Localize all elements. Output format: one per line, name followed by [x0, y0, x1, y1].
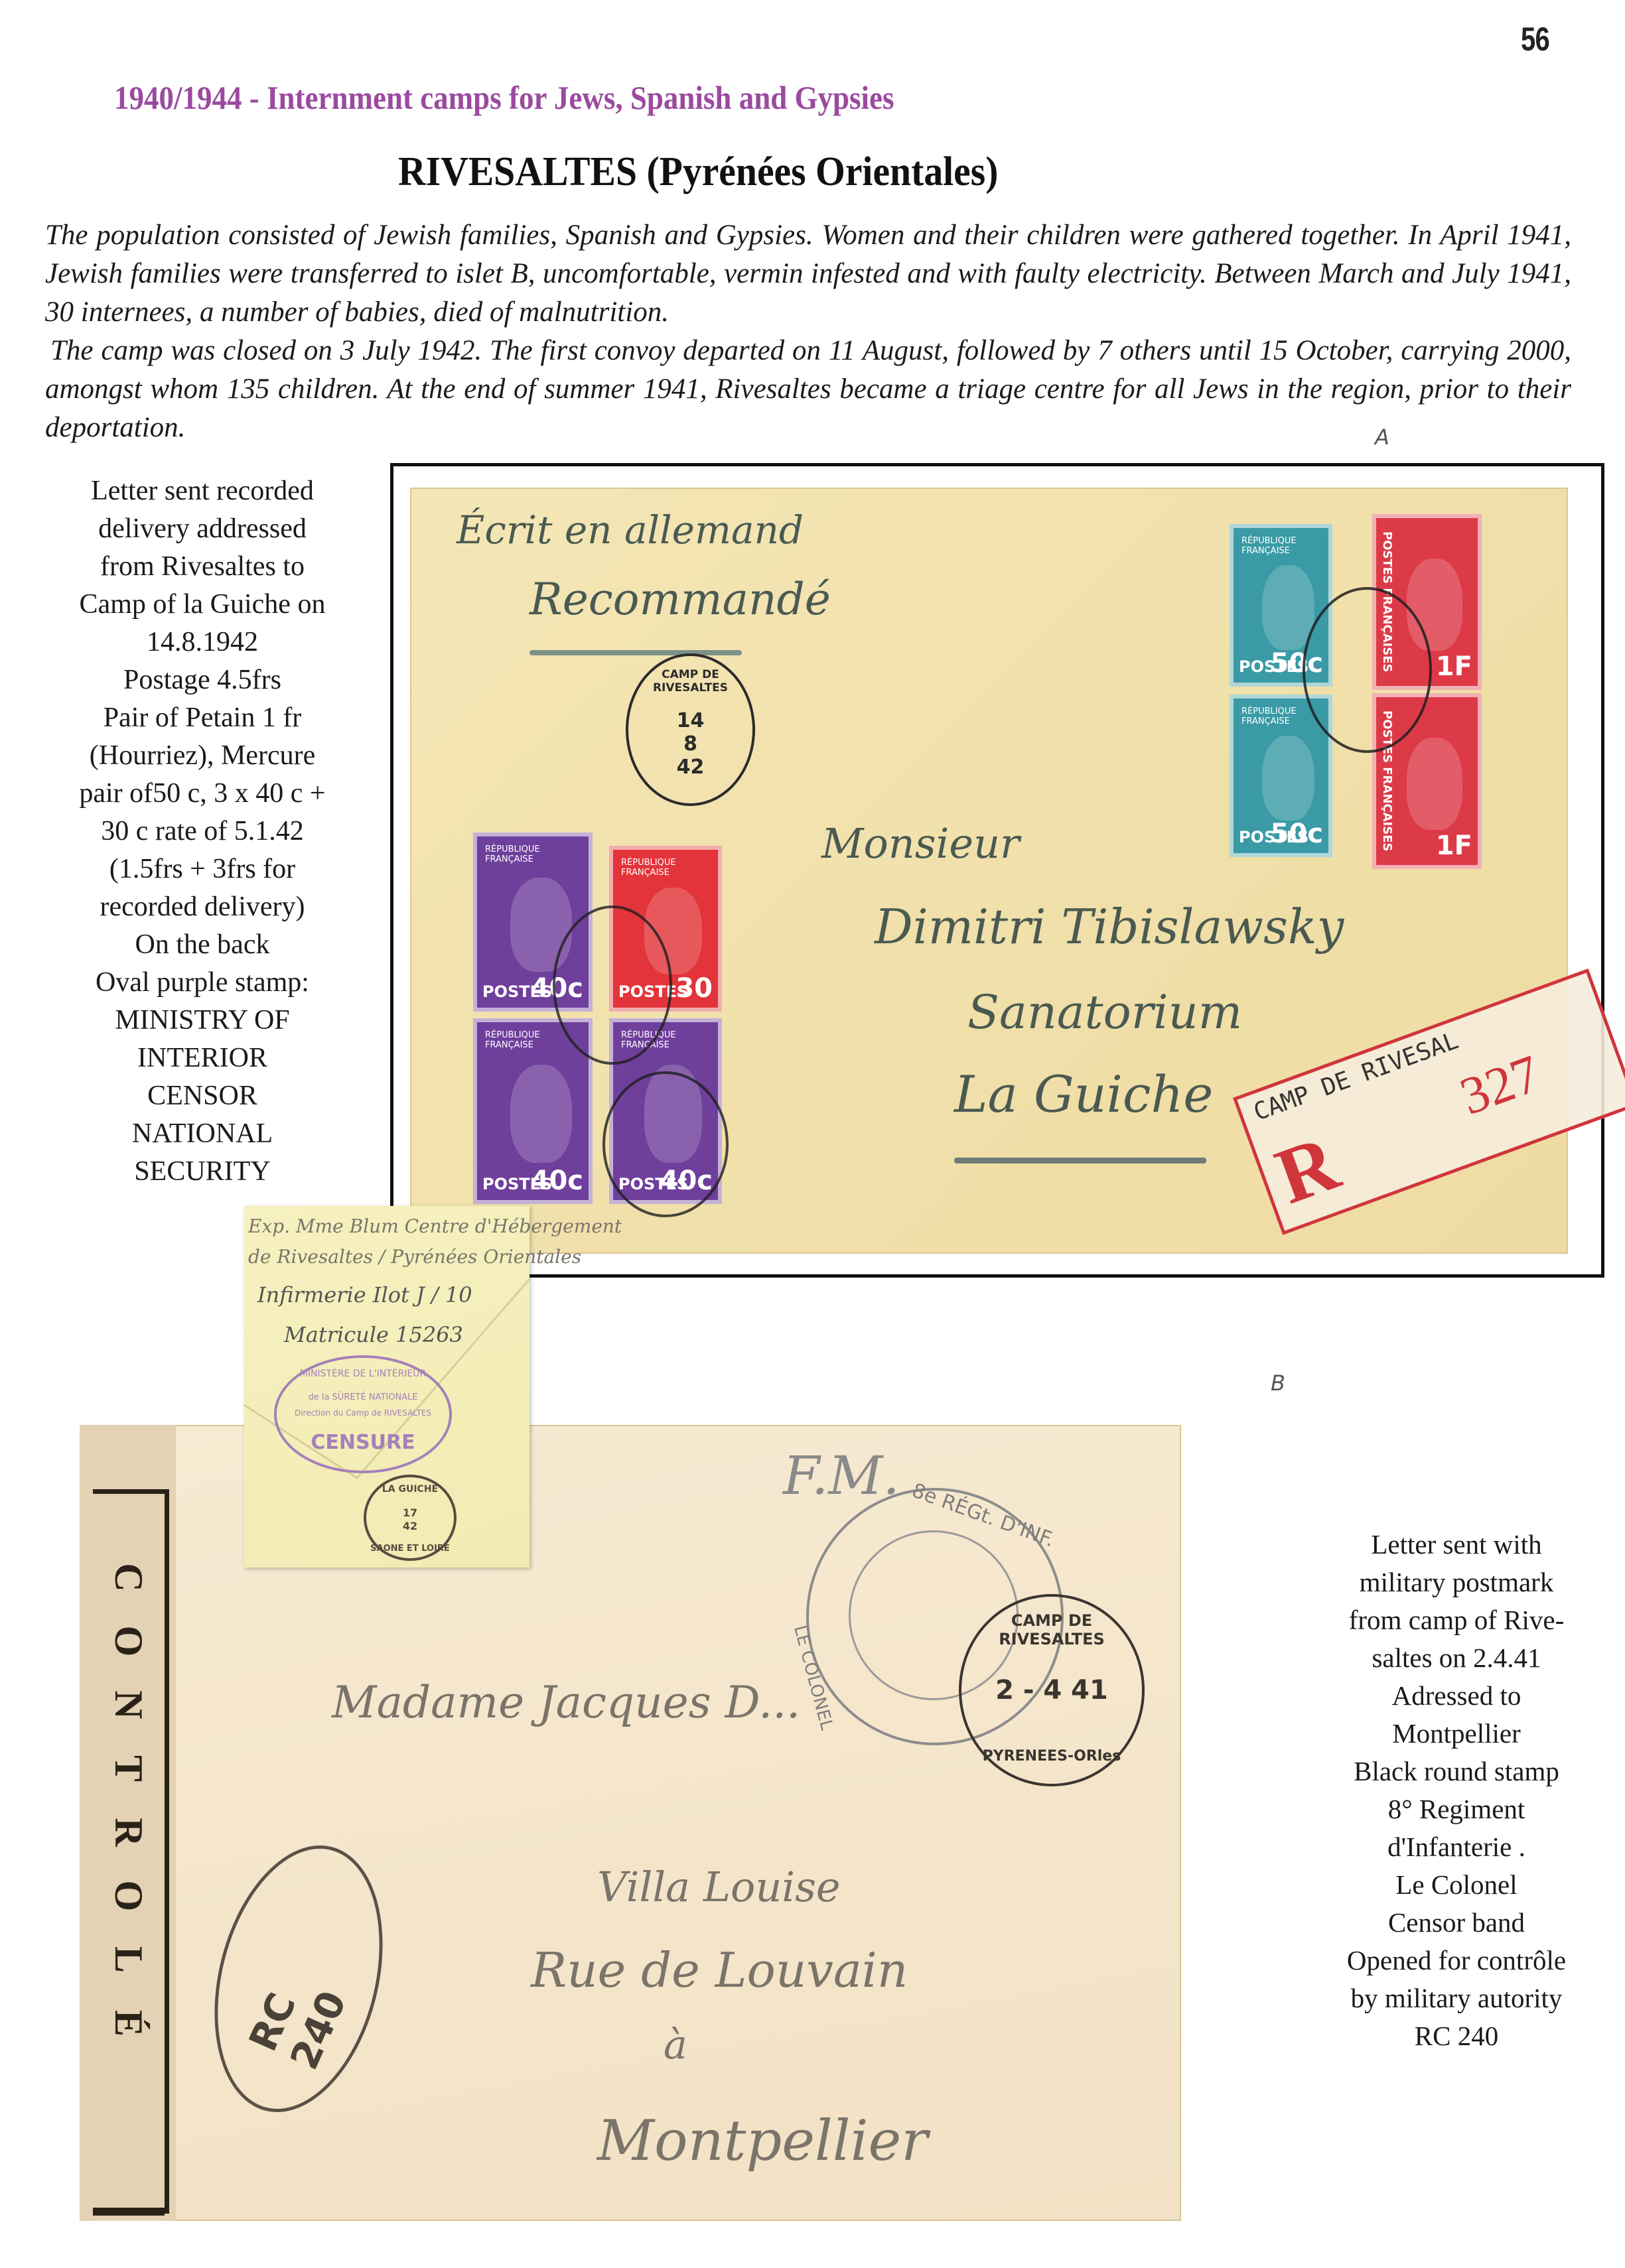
caption-line: from camp of Rive-	[1301, 1601, 1612, 1639]
caption-line: MINISTRY OF	[46, 1002, 358, 1039]
item-marker-b: B	[1271, 1370, 1285, 1396]
stamp-country: RÉPUBLIQUE FRANÇAISE	[621, 858, 718, 878]
caption-line: CENSOR	[46, 1077, 358, 1115]
address-line: Montpellier	[597, 2108, 928, 2173]
intro-text: The population consisted of Jewish famil…	[45, 216, 1571, 447]
postmark-cancel	[553, 905, 672, 1065]
handwriting-ecrit: Écrit en allemand	[457, 507, 804, 553]
caption-line: Postage 4.5frs	[46, 661, 358, 699]
caption-line: NATIONAL	[46, 1115, 358, 1153]
address-line: Rue de Louvain	[531, 1942, 908, 1998]
postmark-camp-rivesaltes-b: CAMP DE RIVESALTES 2 - 4 41 PYRENEES-ORl…	[959, 1594, 1145, 1786]
caption-line: SECURITY	[46, 1153, 358, 1191]
intro-paragraph: The population consisted of Jewish famil…	[45, 216, 1571, 332]
address-line: La Guiche	[954, 1065, 1213, 1124]
registration-camp: CAMP DE RIVESAL	[1250, 1027, 1462, 1126]
stamp-value: 50c	[1271, 819, 1323, 849]
censor-letter: É	[97, 1987, 161, 2059]
stamp-value: 30	[675, 973, 713, 1004]
censor-band-text: CONTROLÉ	[93, 1546, 165, 2055]
back-handwriting: Matricule 15263	[284, 1322, 463, 1347]
caption-line: (1.5frs + 3frs for	[46, 850, 358, 888]
arrival-postmark: LA GUICHE 17 42 SAONE ET LOIRE	[364, 1475, 457, 1561]
mercury-head-icon	[1262, 736, 1314, 821]
address-line: à	[664, 2022, 687, 2068]
censor-letter: C	[97, 1542, 161, 1613]
censor-letter: N	[97, 1669, 161, 1741]
page-number: 56	[1521, 20, 1549, 58]
handwriting-recommande: Recommandé	[530, 574, 831, 625]
stamp-country: RÉPUBLIQUE FRANÇAISE	[485, 844, 589, 864]
caption-line: Pair of Petain 1 fr	[46, 699, 358, 737]
stamp-value: 40c	[531, 1166, 583, 1196]
caption-line: by military autority	[1301, 1979, 1612, 2017]
caption-line: Letter sent recorded	[46, 472, 358, 510]
registration-number: 327	[1452, 1043, 1548, 1128]
intro-paragraph: The camp was closed on 3 July 1942. The …	[45, 332, 1571, 447]
caption-line: RC 240	[1301, 2017, 1612, 2055]
caption-line: d'Infanterie .	[1301, 1828, 1612, 1866]
caption-item-b: Letter sent withmilitary postmarkfrom ca…	[1301, 1526, 1612, 2055]
caption-line: pair of50 c, 3 x 40 c +	[46, 775, 358, 813]
caption-line: 8° Regiment	[1301, 1790, 1612, 1828]
purple-censor-stamp: MINISTÈRE DE L'INTÉRIEUR de la SÛRETÉ NA…	[274, 1355, 452, 1473]
censor-letter: L	[97, 1924, 161, 1995]
caption-item-a: Letter sent recordeddelivery addressedfr…	[46, 472, 358, 1191]
caption-line: Adressed to	[1301, 1677, 1612, 1715]
back-handwriting: de Rivesaltes / Pyrénées Orientales	[248, 1246, 581, 1268]
postmark-cancel	[602, 1071, 729, 1217]
censor-letter: T	[97, 1733, 161, 1804]
caption-line: Camp of la Guiche on	[46, 586, 358, 624]
mercury-head-icon	[1262, 565, 1314, 650]
series-title: 1940/1944 - Internment camps for Jews, S…	[114, 78, 894, 117]
envelope-front-a: Écrit en allemand Recommandé Monsieur Di…	[410, 488, 1568, 1254]
caption-line: Opened for contrôle	[1301, 1942, 1612, 1979]
caption-line: delivery addressed	[46, 510, 358, 548]
franchise-mark: F.M.	[783, 1445, 900, 1506]
caption-line: military postmark	[1301, 1564, 1612, 1601]
caption-line: 14.8.1942	[46, 624, 358, 661]
caption-line: Montpellier	[1301, 1715, 1612, 1753]
underline	[530, 650, 742, 655]
registration-label: CAMP DE RIVESAL R 327	[1233, 968, 1625, 1235]
address-line: Sanatorium	[967, 985, 1242, 1039]
caption-line: INTERIOR	[46, 1039, 358, 1077]
caption-line: saltes on 2.4.41	[1301, 1639, 1612, 1677]
caption-line: Oval purple stamp:	[46, 964, 358, 1002]
postmark-cancel	[1303, 587, 1432, 753]
caption-line: from Rivesaltes to	[46, 548, 358, 586]
address-line: Villa Louise	[597, 1863, 841, 1911]
address-line: Dimitri Tibislawsky	[875, 899, 1344, 955]
caption-line: Letter sent with	[1301, 1526, 1612, 1564]
address-line: Madame Jacques D...	[332, 1677, 800, 1728]
censor-letter: O	[97, 1605, 161, 1677]
envelope-back-a: Exp. Mme Blum Centre d'Hébergement de Ri…	[244, 1206, 530, 1568]
page-title: RIVESALTES (Pyrénées Orientales)	[398, 149, 998, 196]
address-line: Monsieur	[821, 819, 1020, 868]
item-marker-a: A	[1375, 425, 1389, 450]
stamp-value: 1F	[1436, 651, 1472, 682]
caption-line: On the back	[46, 926, 358, 964]
caption-line: Black round stamp	[1301, 1753, 1612, 1790]
censor-letter: O	[97, 1860, 161, 1932]
stamp-value: 1F	[1436, 831, 1472, 861]
underline	[954, 1158, 1206, 1164]
caption-line: (Hourriez), Mercure	[46, 737, 358, 775]
censor-band-bottom-bar	[93, 2208, 165, 2216]
caption-line: Le Colonel	[1301, 1866, 1612, 1904]
censor-oval-stamp: RC 240	[188, 1828, 409, 2130]
caption-line: recorded delivery)	[46, 888, 358, 926]
mercury-head-icon	[510, 1065, 571, 1162]
stamp-country: RÉPUBLIQUE FRANÇAISE	[1241, 536, 1328, 556]
censor-letter: R	[97, 1796, 161, 1868]
caption-line: 30 c rate of 5.1.42	[46, 813, 358, 850]
petain-portrait-icon	[1407, 738, 1462, 830]
caption-line: Censor band	[1301, 1904, 1612, 1942]
back-handwriting: Infirmerie Ilot J / 10	[257, 1282, 472, 1307]
postmark-camp-rivesaltes: CAMP DE RIVESALTES 14 8 42	[626, 653, 755, 806]
back-handwriting: Exp. Mme Blum Centre d'Hébergement	[248, 1215, 622, 1237]
registration-letter: R	[1265, 1117, 1350, 1223]
